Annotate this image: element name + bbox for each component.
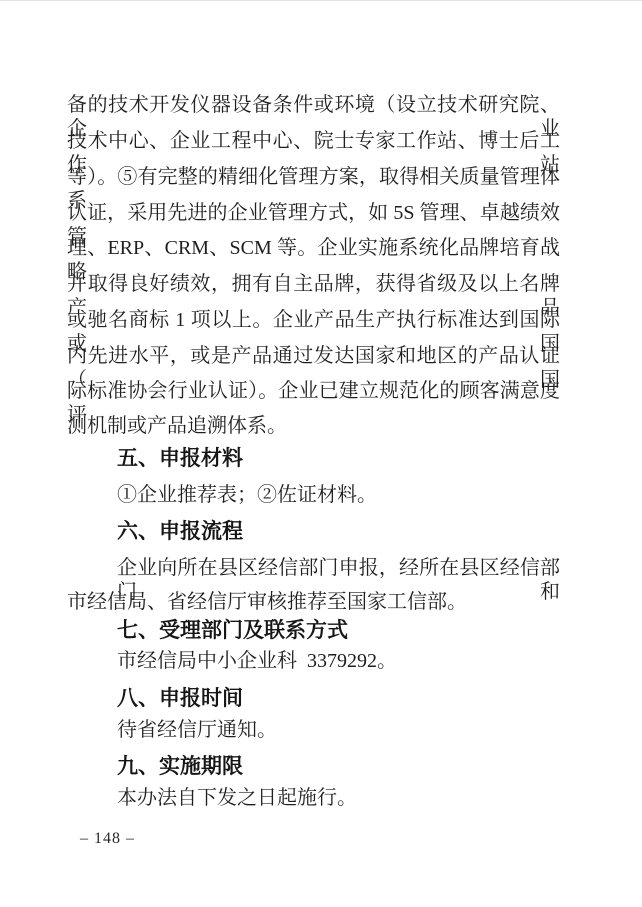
section-heading-6: 六、申报流程 [117, 519, 243, 544]
section-heading-9: 九、实施期限 [117, 754, 243, 779]
section-heading-8: 八、申报时间 [117, 686, 243, 711]
section-line: 本办法自下发之日起施行。 [117, 786, 357, 810]
document-page: 备的技术开发仪器设备条件或环境（设立技术研究院、企业 技术中心、企业工程中心、院… [0, 0, 642, 907]
section-heading-5: 五、申报材料 [117, 446, 243, 471]
section-heading-7: 七、受理部门及联系方式 [117, 618, 348, 643]
section-line: ①企业推荐表；②佐证材料。 [117, 483, 377, 507]
page-top-edge [0, 0, 642, 1]
section-line: 市经信局、省经信厅审核推荐至国家工信部。 [67, 590, 560, 614]
page-number: – 148 – [80, 830, 135, 848]
section-line: 市经信局中小企业科 3379292。 [117, 649, 397, 673]
body-line: 测机制或产品追溯体系。 [67, 414, 560, 438]
section-line: 待省经信厅通知。 [117, 718, 277, 742]
